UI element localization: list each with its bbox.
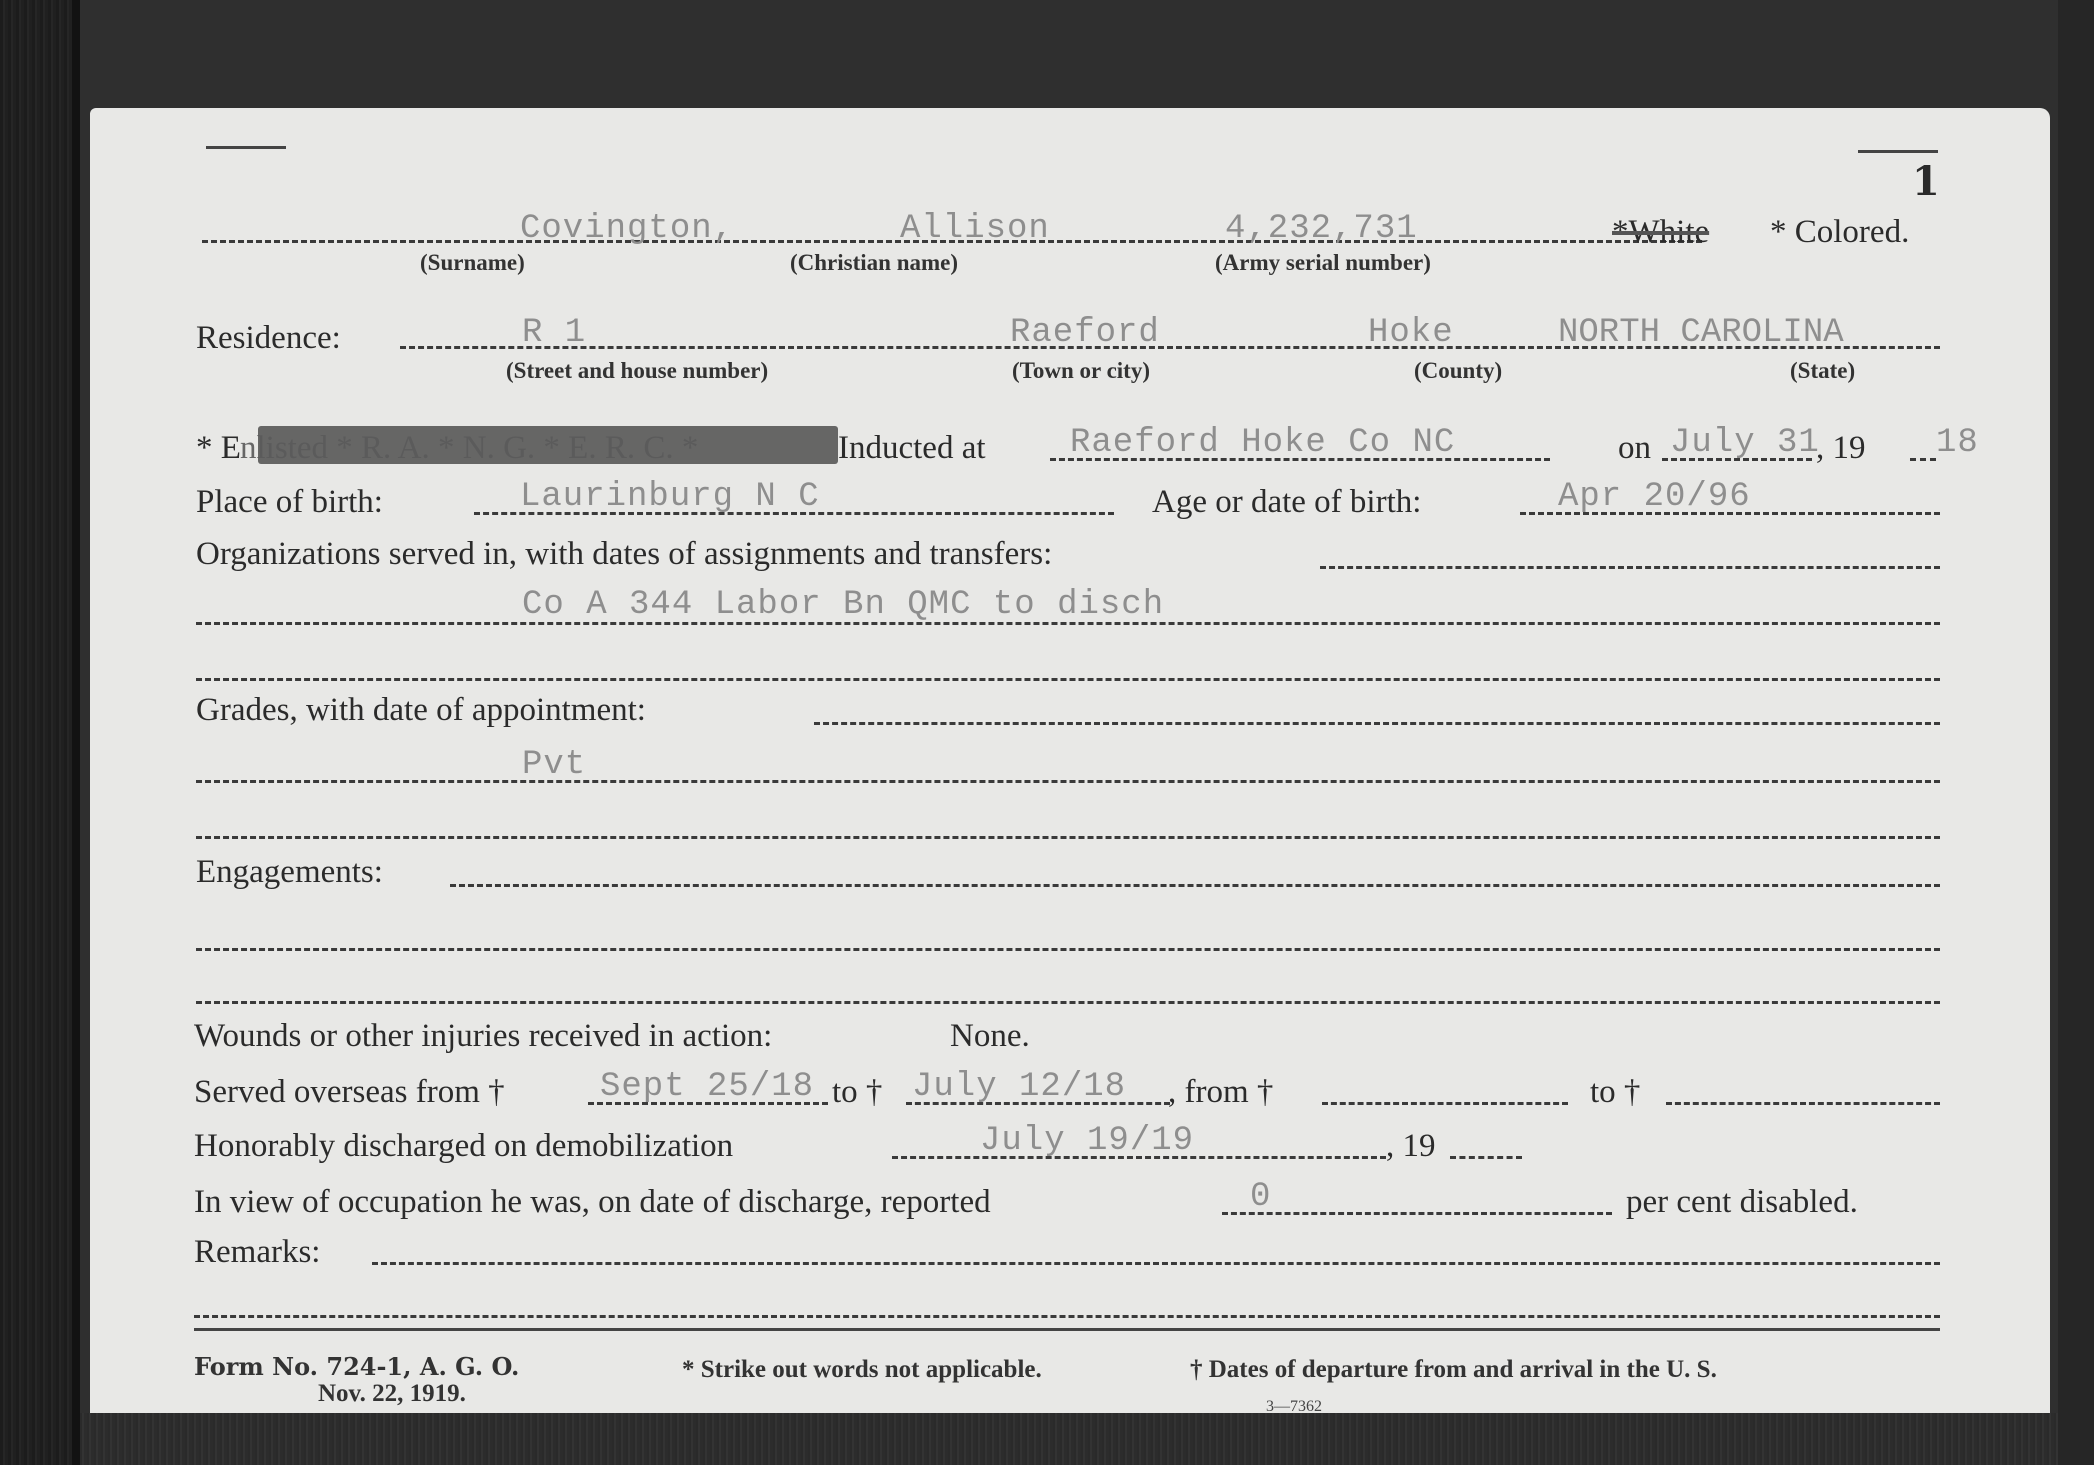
overseas-from2-label: , from † xyxy=(1168,1074,1273,1111)
wounds-value: None. xyxy=(950,1018,1030,1055)
race-colored: * Colored. xyxy=(1770,214,1909,251)
residence-street: R 1 xyxy=(522,314,586,352)
dates-note: † Dates of departure from and arrival in… xyxy=(1190,1356,1717,1384)
wounds-label: Wounds or other injuries received in act… xyxy=(194,1018,772,1055)
date-of-birth-value: Apr 20/96 xyxy=(1558,478,1751,516)
remarks-label: Remarks: xyxy=(194,1234,320,1271)
serial-number-value: 4,232,731 xyxy=(1225,210,1418,248)
disability-percent: 0 xyxy=(1250,1178,1271,1216)
top-right-mark xyxy=(1858,150,1938,153)
surname-value: Covington, xyxy=(520,210,734,248)
overseas-from-label: Served overseas from † xyxy=(194,1074,505,1111)
serial-number-caption: (Army serial number) xyxy=(1215,250,1431,276)
remarks-line-1 xyxy=(194,1315,1940,1318)
grades-line-0 xyxy=(814,722,1940,725)
organization-entry: Co A 344 Labor Bn QMC to disch xyxy=(522,586,1164,624)
place-of-birth-label: Place of birth: xyxy=(196,484,383,521)
state-caption: (State) xyxy=(1790,358,1855,384)
footer-divider xyxy=(194,1328,1940,1331)
on-label: on xyxy=(1618,430,1651,467)
archive-background-bottom xyxy=(80,1413,2058,1465)
enlisted-prefix: * E xyxy=(196,430,241,467)
discharge-label: Honorably discharged on demobilization xyxy=(194,1128,733,1165)
overseas-to-label: to † xyxy=(832,1074,882,1111)
grades-line-1 xyxy=(196,780,1940,783)
organizations-line-2 xyxy=(196,678,1940,681)
engagements-line-0 xyxy=(450,884,1940,887)
overseas-to2-line xyxy=(1666,1102,1940,1105)
grade-entry: Pvt xyxy=(522,746,586,784)
grades-line-2 xyxy=(196,836,1940,839)
disability-label: In view of occupation he was, on date of… xyxy=(194,1184,991,1221)
race-white-struck: *White xyxy=(1612,214,1709,251)
overseas-from2-line xyxy=(1322,1102,1568,1105)
disability-suffix: per cent disabled. xyxy=(1626,1184,1858,1221)
discharge-date: July 19/19 xyxy=(980,1122,1194,1160)
overseas-arrival-date: July 12/18 xyxy=(912,1068,1126,1106)
residence-label: Residence: xyxy=(196,320,341,357)
inducted-label: Inducted at xyxy=(838,430,986,467)
strike-note: * Strike out words not applicable. xyxy=(682,1356,1042,1384)
christian-name-value: Allison xyxy=(900,210,1050,248)
remarks-line-0 xyxy=(372,1262,1940,1265)
card-number: 1 xyxy=(1912,158,1940,205)
date-of-birth-label: Age or date of birth: xyxy=(1152,484,1421,521)
county-caption: (County) xyxy=(1414,358,1502,384)
residence-state: NORTH CAROLINA xyxy=(1558,314,1844,352)
surname-caption: (Surname) xyxy=(420,250,525,276)
residence-county: Hoke xyxy=(1368,314,1454,352)
binding-edge xyxy=(72,0,80,1465)
induction-year: 18 xyxy=(1936,424,1979,462)
form-date: Nov. 22, 1919. xyxy=(318,1380,466,1408)
organizations-line-0 xyxy=(1320,566,1940,569)
inducted-place: Raeford Hoke Co NC xyxy=(1070,424,1455,462)
print-code: 3—7362 xyxy=(1266,1398,1322,1416)
discharge-year-label: , 19 xyxy=(1386,1128,1436,1165)
overseas-departure-date: Sept 25/18 xyxy=(600,1068,814,1106)
discharge-year-line xyxy=(1450,1156,1522,1159)
induction-date: July 31 xyxy=(1670,424,1820,462)
town-caption: (Town or city) xyxy=(1012,358,1150,384)
form-number: Form No. 724-1, A. G. O. xyxy=(194,1352,519,1381)
organizations-label: Organizations served in, with dates of a… xyxy=(196,536,1052,573)
place-of-birth-value: Laurinburg N C xyxy=(520,478,820,516)
archive-binding-left xyxy=(0,0,72,1465)
residence-town: Raeford xyxy=(1010,314,1160,352)
archive-background-right xyxy=(2058,0,2094,1465)
street-caption: (Street and house number) xyxy=(506,358,768,384)
engagements-line-2 xyxy=(196,1001,1940,1004)
disability-line xyxy=(1222,1212,1612,1215)
year-line xyxy=(1910,458,1936,461)
engagements-label: Engagements: xyxy=(196,854,383,891)
overseas-to2-label: to † xyxy=(1590,1074,1640,1111)
redaction-mark xyxy=(258,426,838,464)
grades-label: Grades, with date of appointment: xyxy=(196,692,646,729)
christian-name-caption: (Christian name) xyxy=(790,250,958,276)
year-prefix: , 19 xyxy=(1816,430,1866,467)
service-record-card: 1 Covington, Allison 4,232,731 *White * … xyxy=(90,108,2050,1413)
top-left-mark xyxy=(206,146,286,149)
engagements-line-1 xyxy=(196,948,1940,951)
